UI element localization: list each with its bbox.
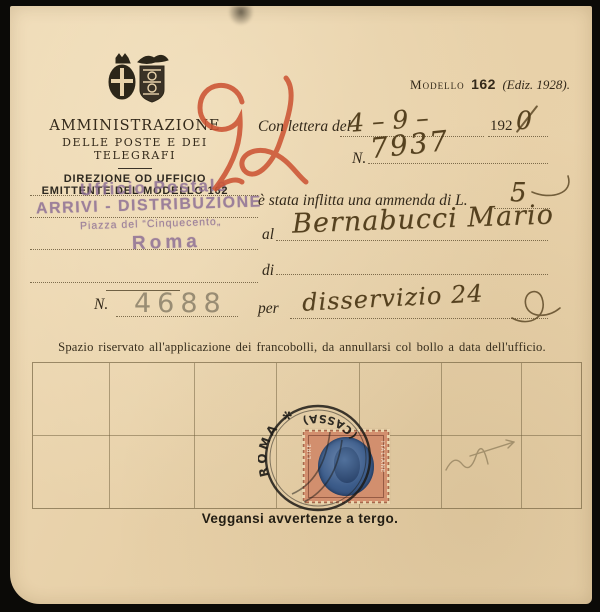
pencil-scribble: [440, 426, 550, 490]
dotted-line: [276, 240, 548, 241]
model-reference: Modello 162 (Ediz. 1928).: [370, 76, 570, 93]
divider-line: [118, 168, 152, 169]
rubber-stamp-line-3: Piazza del “Cinquecento„: [80, 216, 222, 232]
al-label: al: [262, 226, 274, 244]
postmark-left-text: ROMA ✻: [258, 406, 298, 479]
pen-flourish: [530, 166, 588, 202]
letter-number-label: N.: [352, 150, 366, 168]
postmark-icon: ROMA ✻ (CASSA): [258, 398, 378, 518]
dotted-line: [368, 163, 548, 164]
pen-flourish: [508, 284, 568, 330]
stamps-caption: Spazio riservato all'applicazione dei fr…: [24, 340, 580, 355]
dotted-line: [488, 136, 548, 137]
model-edition: (Ediz. 1928).: [502, 77, 570, 92]
scanned-postal-form: { "document": { "admin_line1": "AMMINIST…: [0, 0, 600, 612]
office-number-stamp: 4688: [134, 288, 227, 319]
dotted-line: [116, 316, 238, 317]
per-label: per: [258, 300, 279, 318]
model-number: 162: [471, 76, 496, 92]
office-number-label: N.: [94, 296, 108, 314]
footer-notice: Veggansi avvertenze a tergo.: [110, 511, 490, 526]
dotted-line: [30, 217, 258, 218]
year-printed: 192: [490, 118, 513, 135]
di-label: di: [262, 262, 274, 280]
letter-number-value: 7937: [368, 124, 450, 165]
dotted-line: [276, 274, 548, 275]
dotted-line: [30, 249, 258, 250]
stamp-right-text: ITALIANE: [379, 441, 385, 473]
coat-of-arms-icon: [98, 52, 174, 118]
rubber-stamp-line-4: Roma: [132, 231, 201, 255]
document-sheet: AMMINISTRAZIONE DELLE POSTE E DEI TELEGR…: [10, 6, 592, 604]
ink-smudge: [228, 6, 254, 26]
model-label: Modello: [410, 77, 465, 92]
dotted-line: [30, 282, 258, 283]
svg-text:ROMA ✻: ROMA ✻: [258, 406, 298, 479]
con-lettera-label: Con lettera del: [258, 118, 351, 136]
per-value: disservizio 24: [301, 279, 484, 316]
